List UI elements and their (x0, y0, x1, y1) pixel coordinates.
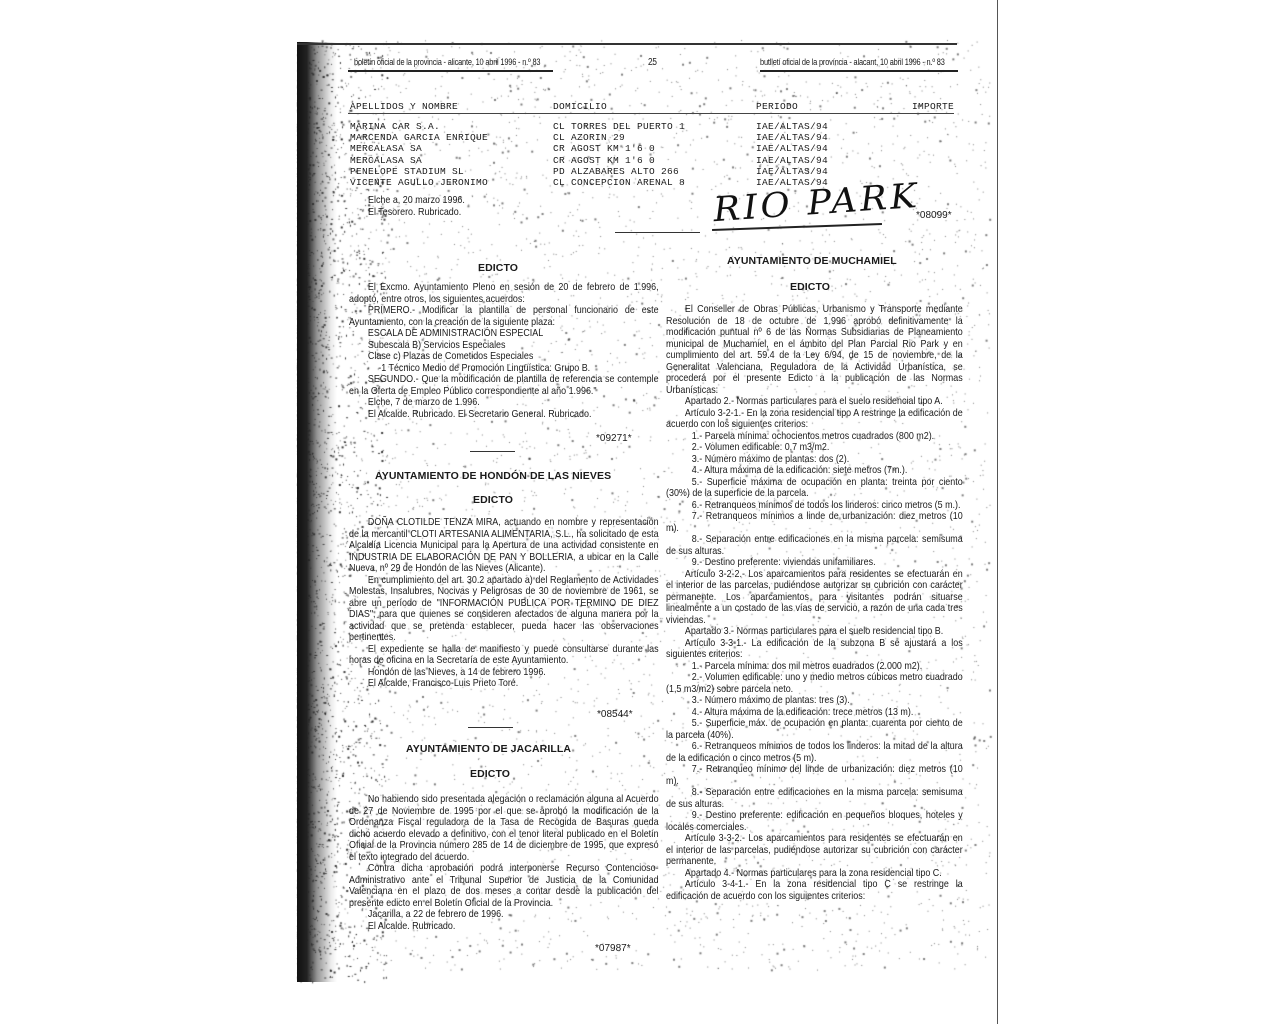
col-header-amount: IMPORTE (912, 101, 954, 112)
list-item: Clase c) Plazas de Cometidos Especiales (349, 351, 659, 363)
edicto-hondon-body: DOÑA CLOTILDE TENZA MIRA, actuando en no… (349, 517, 659, 690)
list-item: 2.- Volumen edificable: uno y medio metr… (666, 672, 963, 695)
list-item: Subescala B) Servicios Especiales (349, 340, 659, 352)
org-title-hondon: AYUNTAMIENTO DE HONDÓN DE LAS NIEVES (375, 470, 611, 482)
reference-number: *09271* (596, 433, 632, 444)
page-number: 25 (648, 57, 657, 68)
list-item: 1.- Parcela mínima: ochocientos metros c… (666, 431, 963, 443)
list-item: 3.- Número máximo de plantas: tres (3). (666, 695, 963, 707)
list-item: 8.- Separación entre edificaciones en la… (666, 534, 963, 557)
edicto-title: EDICTO (478, 262, 518, 274)
paragraph: PRIMERO.- Modificar la plantilla de pers… (349, 305, 659, 328)
list-item: 4.- Altura máxima de la edificación: tre… (666, 707, 963, 719)
separator (470, 451, 515, 452)
article: Artículo 3-4-1.- En la zona residencial … (666, 879, 963, 902)
list-item: 2.- Volumen edificable: 0,7 m3/m2. (666, 442, 963, 454)
cell-name: MARINA CAR S.A. (350, 121, 440, 132)
paragraph: No habiendo sido presentada alegación o … (349, 794, 659, 863)
edicto-muchamiel-body: El Conseller de Obras Públicas, Urbanism… (666, 304, 963, 902)
page-top-edge (297, 43, 957, 45)
scanned-document-page: boletín oficial de la provincia - alican… (0, 0, 1280, 1024)
list-item: 6.- Retranqueos mínimos de todos los lin… (666, 741, 963, 764)
section-heading: Apartado 2.- Normas particulares para el… (666, 396, 963, 408)
header-rule-left (348, 70, 553, 72)
list-item: 5.- Superficie máx. de ocupación en plan… (666, 718, 963, 741)
cell-address: PD ALZABARES ALTO 266 (553, 166, 679, 177)
criteria-list-a: 1.- Parcela mínima: ochocientos metros c… (666, 431, 963, 569)
paragraph: Contra dicha aprobación podrá interponer… (349, 863, 659, 909)
closing-signature: El Alcalde. Rubricado. (349, 921, 659, 933)
section-heading: Apartado 4.- Normas particulares para la… (666, 868, 963, 880)
closing-signature: El Alcalde, Francisco-Luis Prieto Toré. (349, 678, 659, 690)
cell-address: CL AZORIN 29 (553, 132, 625, 143)
cell-period: IAE/ALTAS/94 (756, 121, 828, 132)
closing-place-date: Jacarilla, a 22 de febrero de 1996. (349, 909, 659, 921)
cell-name: VICENTE AGULLO JERONIMO (350, 177, 488, 188)
closing-place-date: Elche, 7 de marzo de 1.996. (349, 397, 659, 409)
reference-number: *07987* (595, 943, 631, 954)
col-header-address: DOMICILIO (553, 101, 607, 112)
cell-name: MERCALASA SA (350, 155, 422, 166)
cell-period: IAE/ALTAS/94 (756, 132, 828, 143)
header-rule-right (760, 70, 958, 72)
closing-signature: El Tesorero. Rubricado. (368, 207, 540, 219)
cell-address: CR AGOST KM 1'6 0 (553, 143, 655, 154)
col-header-name: APELLIDOS Y NOMBRE (350, 101, 458, 112)
table-closing: Elche a, 20 marzo 1996. El Tesorero. Rub… (368, 195, 540, 218)
scan-border-line (997, 0, 998, 1024)
header-left: boletín oficial de la provincia - alican… (354, 57, 540, 67)
org-title-jacarilla: AYUNTAMIENTO DE JACARILLA (406, 743, 571, 755)
list-item: 5.- Superficie máxima de ocupación en pl… (666, 477, 963, 500)
section-heading: Apartado 3.- Normas particulares para el… (666, 626, 963, 638)
edicto-title: EDICTO (790, 281, 830, 293)
edicto-elche-body: El Excmo. Ayuntamiento Pleno en sesión d… (349, 282, 659, 420)
reference-number: *08544* (597, 709, 633, 720)
cell-address: CL TORRES DEL PUERTO 1 (553, 121, 685, 132)
cell-address: CL CONCEPCION ARENAL 8 (553, 177, 685, 188)
paragraph: El Conseller de Obras Públicas, Urbanism… (666, 304, 963, 396)
cell-name: MARCENDA GARCIA ENRIQUE (350, 132, 488, 143)
list-item: -1 Técnico Medio de Promoción Lingüístic… (349, 363, 659, 375)
list-item: 7.- Retranqueos mínimos a linde de urban… (666, 511, 963, 534)
paragraph: El Excmo. Ayuntamiento Pleno en sesión d… (349, 282, 659, 305)
list-item: 4.- Altura máxima de la edificación: sie… (666, 465, 963, 477)
cell-name: MERCALASA SA (350, 143, 422, 154)
list-item: 1.- Parcela mínima: dos mil metros cuadr… (666, 661, 963, 673)
article: Artículo 3-3-1.- La edificación de la su… (666, 638, 963, 661)
list-item: 9.- Destino preferente: viviendas unifam… (666, 557, 963, 569)
paragraph: SEGUNDO.- Que la modificación de plantil… (349, 374, 659, 397)
col-header-period: PERIODO (756, 101, 798, 112)
list-item: 3.- Número máximo de plantas: dos (2). (666, 454, 963, 466)
scan-shadow-edge (297, 42, 337, 982)
criteria-list-b: 1.- Parcela mínima: dos mil metros cuadr… (666, 661, 963, 834)
header-right: butlletí oficial de la província - alaca… (760, 57, 945, 67)
list-item: 8.- Separación entre edificaciones en la… (666, 787, 963, 810)
reference-number: *08099* (916, 210, 952, 221)
list-item: 9.- Destino preferente: edificación en p… (666, 810, 963, 833)
table-header-rule (348, 113, 954, 114)
paragraph: En cumplimiento del art. 30.2 apartado a… (349, 575, 659, 644)
edicto-title: EDICTO (473, 494, 513, 506)
edicto-title: EDICTO (470, 768, 510, 780)
list-item: 6.- Retranqueos mínimos de todos los lin… (666, 500, 963, 512)
article: Artículo 3-2-1.- En la zona residencial … (666, 408, 963, 431)
paragraph: El expediente se halla de manifiesto y p… (349, 644, 659, 667)
list-item: ESCALA DE ADMINISTRACIÓN ESPECIAL (349, 328, 659, 340)
separator (615, 232, 700, 233)
closing-place-date: Elche a, 20 marzo 1996. (368, 195, 540, 207)
separator (468, 727, 513, 728)
closing-place-date: Hondón de las Nieves, a 14 de febrero 19… (349, 667, 659, 679)
edicto-jacarilla-body: No habiendo sido presentada alegación o … (349, 794, 659, 932)
paragraph: DOÑA CLOTILDE TENZA MIRA, actuando en no… (349, 517, 659, 575)
cell-name: PENELOPE STADIUM SL (350, 166, 464, 177)
list-item: 7.- Retranqueo mínimo del linde de urban… (666, 764, 963, 787)
cell-period: IAE/ALTAS/94 (756, 143, 828, 154)
cell-period: IAE/ALTAS/94 (756, 155, 828, 166)
closing-signature: El Alcalde. Rubricado. El Secretario Gen… (349, 409, 659, 421)
org-title-muchamiel: AYUNTAMIENTO DE MUCHAMIEL (727, 255, 897, 267)
cell-period: IAE/ALTAS/94 (756, 166, 828, 177)
article: Artículo 3-3-2.- Los aparcamientos para … (666, 833, 963, 868)
article: Artículo 3-2-2.- Los aparcamientos para … (666, 569, 963, 627)
cell-address: CR AGOST KM 1'6 0 (553, 155, 655, 166)
